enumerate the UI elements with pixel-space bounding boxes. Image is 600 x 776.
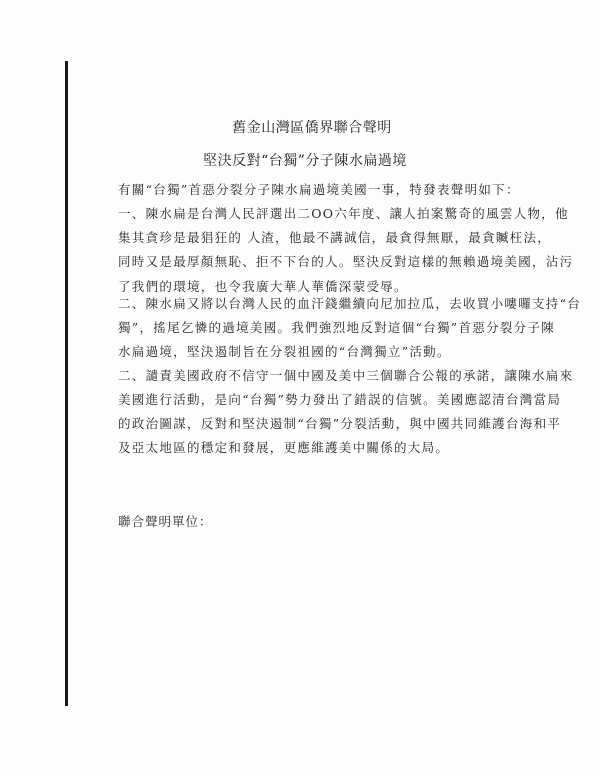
body-line: 美國進行活動，是向“台獨”勢力發出了錯誤的信號。美國應認清台灣當局 <box>118 392 561 408</box>
document-subtitle: 堅決反對“台獨”分子陳水扁過境 <box>5 150 600 170</box>
scanned-document-page: 舊金山灣區僑界聯合聲明 堅決反對“台獨”分子陳水扁過境 有關“台獨”首惡分裂分子… <box>0 0 600 776</box>
body-line: 水扁過境，堅決遏制旨在分裂祖國的“台灣獨立”活動。 <box>118 344 451 360</box>
signatories-label: 聯合聲明單位： <box>118 512 213 530</box>
body-line: 獨”，搖尾乞憐的過境美國。我們強烈地反對這個“台獨”首惡分裂分子陳 <box>118 320 555 336</box>
body-line-intro: 有關“台獨”首惡分裂分子陳水扁過境美國一事，特發表聲明如下： <box>118 182 520 198</box>
body-line: 二、譴責美國政府不信守一個中國及美中三個聯合公報的承諾，讓陳水扁來 <box>118 368 573 384</box>
body-line: 集其貪珍是最猖狂的 人渣，他最不講誠信，最貪得無厭，最貪贓枉法， <box>118 230 551 246</box>
document-title: 舊金山灣區僑界聯合聲明 <box>12 117 600 137</box>
body-line: 了我們的環境，也令我廣大華人華僑深蒙受辱。 <box>118 279 408 295</box>
body-line: 同時又是最厚顏無恥、拒不下台的人。堅決反對這樣的無賴過境美國，沾污 <box>118 254 573 270</box>
body-line: 及亞太地區的穩定和發展，更應維護美中關係的大局。 <box>118 440 449 456</box>
body-line: 的政治圖謀，反對和堅決遏制“台獨”分裂活動，與中國共同維護台海和平 <box>118 416 561 432</box>
body-line: 一、陳水扁是台灣人民評選出二OO六年度、讓人拍案驚奇的風雲人物，他 <box>118 206 569 222</box>
body-line: 二、陳水扁又將以台灣人民的血汗錢繼續向尼加拉瓜，去收買小嘍囉支持“台 <box>118 296 581 312</box>
